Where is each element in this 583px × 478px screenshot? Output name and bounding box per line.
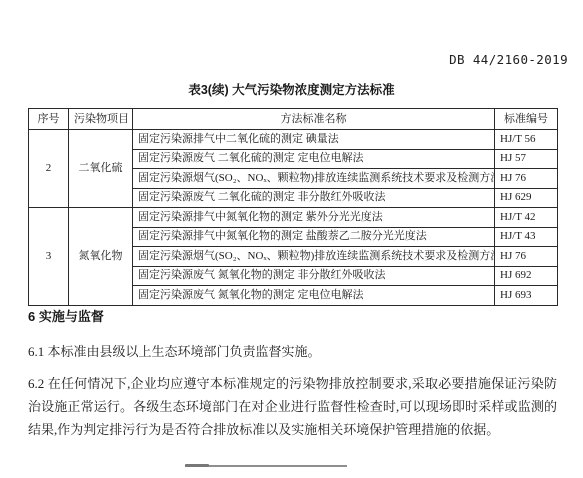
method-name: 固定污染源排气中氮氧化物的测定 盐酸萘乙二胺分光光度法 [133, 227, 495, 247]
clause-6-1: 6.1 本标准由县级以上生态环境部门负责监督实施。 [28, 341, 557, 360]
standard-code: HJ/T 42 [495, 208, 558, 228]
standard-number: DB 44/2160-2019 [449, 52, 568, 67]
footer-divider [185, 465, 347, 467]
group-no: 3 [29, 208, 69, 306]
method-name: 固定污染源废气 二氧化硫的测定 非分散红外吸收法 [133, 188, 495, 208]
clause-6-2: 6.2 在任何情况下,企业均应遵守本标准规定的污染物排放控制要求,采取必要措施保… [28, 372, 557, 441]
header-pollutant: 污染物项目 [69, 109, 133, 130]
document-page: DB 44/2160-2019 表3(续) 大气污染物浓度测定方法标准 序号 污… [0, 0, 583, 478]
header-standard-code: 标准编号 [495, 109, 558, 130]
standard-code: HJ 629 [495, 188, 558, 208]
table-title: 表3(续) 大气污染物浓度测定方法标准 [0, 80, 583, 98]
header-method-name: 方法标准名称 [133, 109, 495, 130]
standard-code: HJ 76 [495, 247, 558, 267]
header-seq: 序号 [29, 109, 69, 130]
standard-code: HJ 692 [495, 266, 558, 286]
method-name: 固定污染源排气中氮氧化物的测定 紫外分光光度法 [133, 208, 495, 228]
method-name: 固定污染源排气中二氧化硫的测定 碘量法 [133, 130, 495, 150]
standard-code: HJ 693 [495, 286, 558, 306]
pollutant-name: 二氧化硫 [69, 130, 133, 208]
footer-divider-cap [185, 464, 209, 467]
section-6-heading: 6 实施与监督 [28, 306, 104, 325]
methods-table: 序号 污染物项目 方法标准名称 标准编号 2 二氧化硫 固定污染源排气中二氧化硫… [28, 108, 558, 306]
method-name: 固定污染源废气 二氧化硫的测定 定电位电解法 [133, 149, 495, 169]
pollutant-name: 氮氧化物 [69, 208, 133, 306]
standard-code: HJ 76 [495, 169, 558, 189]
table-header-row: 序号 污染物项目 方法标准名称 标准编号 [29, 109, 558, 130]
method-name: 固定污染源废气 氮氧化物的测定 定电位电解法 [133, 286, 495, 306]
method-name: 固定污染源烟气(SO₂、NOₓ、颗粒物)排放连续监测系统技术要求及检测方法 [133, 169, 495, 189]
standard-code: HJ/T 43 [495, 227, 558, 247]
method-name: 固定污染源烟气(SO₂、NOₓ、颗粒物)排放连续监测系统技术要求及检测方法 [133, 247, 495, 267]
group-no: 2 [29, 130, 69, 208]
method-name: 固定污染源废气 氮氧化物的测定 非分散红外吸收法 [133, 266, 495, 286]
standard-code: HJ/T 56 [495, 130, 558, 150]
table-row: 3 氮氧化物 固定污染源排气中氮氧化物的测定 紫外分光光度法 HJ/T 42 [29, 208, 558, 228]
standard-code: HJ 57 [495, 149, 558, 169]
table-row: 2 二氧化硫 固定污染源排气中二氧化硫的测定 碘量法 HJ/T 56 [29, 130, 558, 150]
